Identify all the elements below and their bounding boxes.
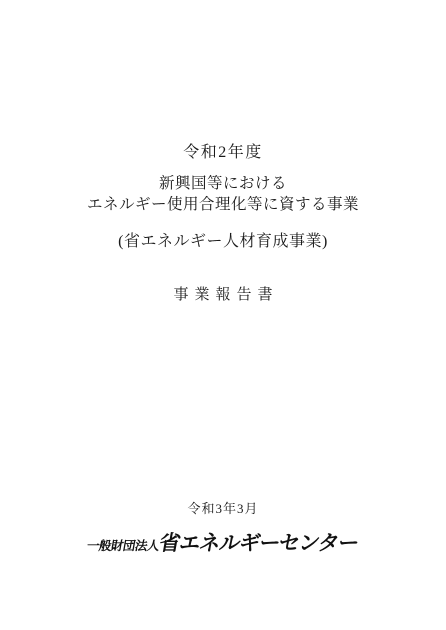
publisher-logotype: 一般財団法人 省エネルギーセンター bbox=[0, 527, 446, 557]
publisher-org-name: 省エネルギーセンター bbox=[157, 527, 361, 557]
document-type-title: 事業報告書 bbox=[0, 283, 446, 304]
report-cover-page: 令和2年度 新興国等における エネルギー使用合理化等に資する事業 (省エネルギー… bbox=[0, 0, 446, 630]
project-subtitle: (省エネルギー人材育成事業) bbox=[0, 228, 446, 251]
project-title: 新興国等における エネルギー使用合理化等に資する事業 bbox=[0, 173, 446, 215]
publisher-org-type: 一般財団法人 bbox=[85, 536, 160, 554]
publication-date: 令和3年3月 bbox=[0, 498, 446, 517]
project-title-line2: エネルギー使用合理化等に資する事業 bbox=[0, 194, 446, 215]
project-title-line1: 新興国等における bbox=[0, 173, 446, 194]
fiscal-year-heading: 令和2年度 bbox=[0, 139, 446, 162]
